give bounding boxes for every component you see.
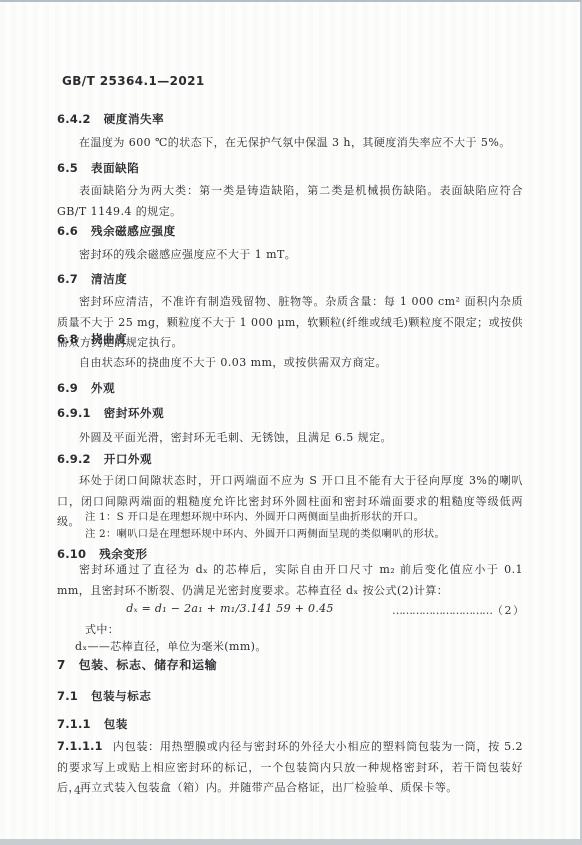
formula-leader-and-number: …………………………（ 2 ） <box>392 602 523 618</box>
paragraph-6-10: 密封环通过了直径为 dₓ 的芯棒后，实际自由开口尺寸 m₂ 前后变化值应小于 0… <box>57 560 523 601</box>
formula-where-label: 式中： <box>57 621 551 637</box>
section-number: 6.6 <box>57 224 78 239</box>
section-heading-6-7: 6.7清洁度 <box>57 272 523 287</box>
section-heading-7: 7包装、标志、储存和运输 <box>57 658 523 673</box>
note-1: 注 1：S 开口是在理想环规中环内、外圆开口两侧面呈曲折形状的开口。 <box>57 509 523 526</box>
note-2: 注 2：喇叭口是在理想环规中环内、外圆开口两侧面呈现的类似喇叭的形状。 <box>57 526 523 543</box>
section-title: 包装 <box>104 717 128 731</box>
section-heading-6-9-1: 6.9.1密封环外观 <box>57 406 523 421</box>
section-number: 6.8 <box>57 332 78 347</box>
paragraph-6-4-2: 在温度为 600 ℃的状态下，在无保护气氛中保温 3 h，其硬度消失率应不大于 … <box>57 133 523 154</box>
section-heading-6-5: 6.5表面缺陷 <box>57 161 523 176</box>
section-heading-6-8: 6.8挠曲度 <box>57 332 523 347</box>
formula-number: （ 2 ） <box>492 604 523 617</box>
section-number: 7.1.1 <box>57 717 91 732</box>
paragraph-6-5: 表面缺陷分为两大类：第一类是铸造缺陷，第二类是机械损伤缺陷。表面缺陷应符合 GB… <box>57 181 523 222</box>
section-number: 7 <box>57 658 66 673</box>
section-number: 7.1.1.1 <box>57 740 103 753</box>
section-heading-6-9: 6.9外观 <box>57 381 523 396</box>
symbol-definition: dₓ——芯棒直径，单位为毫米(mm)。 <box>57 638 541 654</box>
formula-expression: dₓ = d₁ − 2a₁ + m₁/3.141 59 + 0.45 <box>57 602 403 615</box>
section-number: 6.9.1 <box>57 406 91 421</box>
paragraph-6-8: 自由状态环的挠曲度不大于 0.03 mm，或按供需双方商定。 <box>57 353 523 374</box>
section-heading-6-9-2: 6.9.2开口外观 <box>57 452 523 467</box>
paragraph-7-1-1-1: 7.1.1.1内包装：用热塑膜或内径与密封环的外径大小相应的塑料筒包装为一筒，按… <box>57 737 523 799</box>
section-number: 6.4.2 <box>57 112 91 127</box>
section-title: 挠曲度 <box>91 332 127 346</box>
section-heading-6-6: 6.6残余磁感应强度 <box>57 224 523 239</box>
section-title: 硬度消失率 <box>104 112 165 126</box>
section-title: 表面缺陷 <box>91 161 139 175</box>
formula-dots: ………………………… <box>392 604 492 617</box>
section-heading-6-4-2: 6.4.2硬度消失率 <box>57 112 523 127</box>
section-number: 6.7 <box>57 272 78 287</box>
section-title: 残余磁感应强度 <box>91 224 176 238</box>
section-number: 6.5 <box>57 161 78 176</box>
doc-code-header: GB/T 25364.1—2021 <box>62 74 528 88</box>
section-heading-7-1-1: 7.1.1包装 <box>57 717 523 732</box>
paragraph-6-6: 密封环的残余磁感应强度应不大于 1 mT。 <box>57 245 523 266</box>
section-title: 外观 <box>91 381 115 395</box>
section-title: 包装与标志 <box>91 689 152 703</box>
section-title: 残余变形 <box>99 547 147 561</box>
document-page: GB/T 25364.1—2021 6.4.2硬度消失率 在温度为 600 ℃的… <box>0 0 582 845</box>
section-number: 6.9.2 <box>57 452 91 467</box>
section-number: 6.9 <box>57 381 78 396</box>
section-title: 开口外观 <box>104 452 152 466</box>
page-number: 4 <box>74 784 104 797</box>
section-number: 7.1 <box>57 689 78 704</box>
section-heading-7-1: 7.1包装与标志 <box>57 689 523 704</box>
section-title: 清洁度 <box>91 272 127 286</box>
section-title: 包装、标志、储存和运输 <box>79 658 218 672</box>
paragraph-text: 内包装：用热塑膜或内径与密封环的外径大小相应的塑料筒包装为一筒，按 5.2 的要… <box>57 740 523 794</box>
paragraph-6-9-1: 外圆及平面光滑，密封环无毛刺、无锈蚀，且满足 6.5 规定。 <box>57 428 523 449</box>
formula-2: dₓ = d₁ − 2a₁ + m₁/3.141 59 + 0.45 ……………… <box>57 602 523 622</box>
section-title: 密封环外观 <box>104 406 165 420</box>
